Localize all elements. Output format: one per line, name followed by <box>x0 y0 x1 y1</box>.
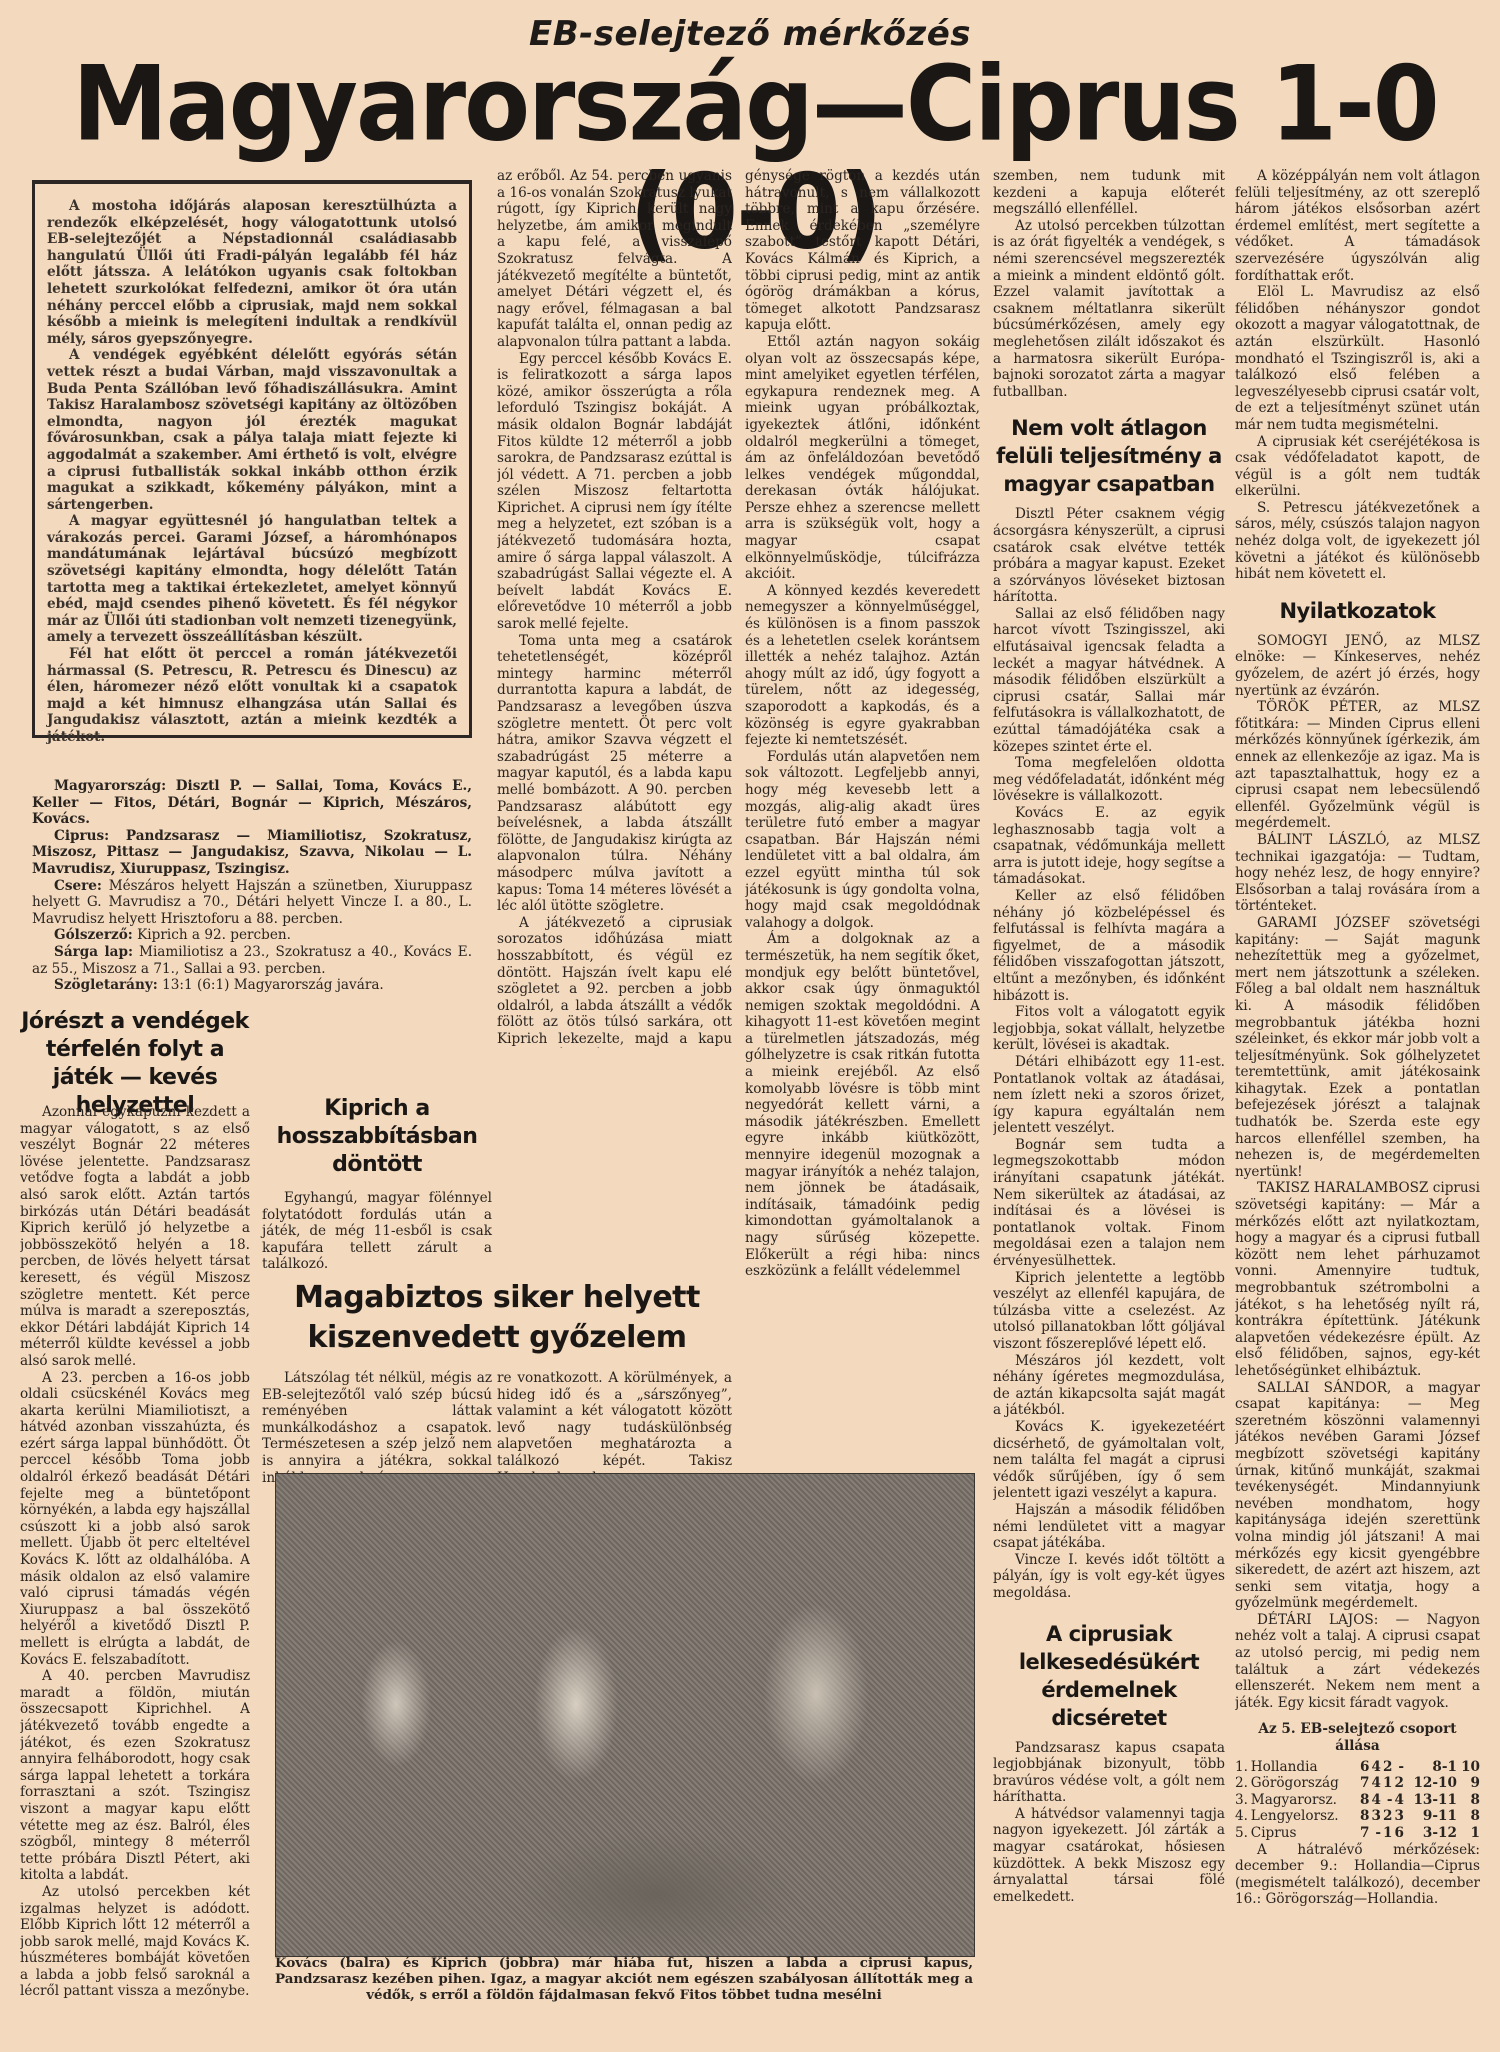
intro-box: A mostoha időjárás alaposan keresztülhúz… <box>32 180 472 738</box>
intro-paragraph: Fél hat előtt öt perccel a román játékve… <box>47 646 457 746</box>
paragraph: A játékvezető a ciprusiak sorozatos időh… <box>497 915 732 1048</box>
paragraph: A könnyed kezdés keveredett nemegyszer a… <box>745 583 980 749</box>
intro-paragraph: A mostoha időjárás alaposan keresztülhúz… <box>47 198 457 347</box>
section3-title: Magabiztos siker helyett kiszenvedett gy… <box>262 1278 732 1358</box>
rating: Toma megfelelően oldotta meg védőfeladat… <box>993 755 1225 805</box>
section-title: Kiprich a hosszabbításban döntött <box>262 1095 492 1179</box>
section3-col-b: re vonatkozott. A körülmények, a hideg i… <box>497 1370 732 1486</box>
cyprus-label: Ciprus: <box>54 828 109 844</box>
paragraph: Ám a dolgoknak az a természetük, ha nem … <box>745 931 980 1279</box>
rating: Kovács K. igyekezetéért dicsérhető, de g… <box>993 1419 1225 1502</box>
standings-title: Az 5. EB-selejtező csoport állása <box>1235 1721 1480 1754</box>
section1-body: Azonnal egykapuzni kezdett a magyar válo… <box>20 1104 250 2049</box>
hungary-label: Magyarország: <box>54 778 166 794</box>
section3-title-line1: Magabiztos siker helyett <box>262 1278 732 1318</box>
table-row: 4.Lengyelorsz.83239-118 <box>1235 1808 1480 1825</box>
corners-label: Szögletarány: <box>54 977 158 993</box>
statement: DÉTÁRI LAJOS: — Nagyon nehéz volt a tala… <box>1235 1612 1480 1712</box>
rating: A hátvédsor valamennyi tagja nagyon igye… <box>993 1806 1225 1906</box>
statement: BÁLINT LÁSZLÓ, az MLSZ technikai igazgat… <box>1235 832 1480 915</box>
rating: Fitos volt a válogatott egyik legjobbja,… <box>993 1004 1225 1054</box>
paragraph: S. Petrescu játékvezetőnek a sáros, mély… <box>1235 500 1480 583</box>
statement: TÖRÖK PÉTER, az MLSZ főtitkára: — Minden… <box>1235 699 1480 832</box>
statement: SALLAI SÁNDOR, a magyar csapat kapitánya… <box>1235 1380 1480 1612</box>
rating: Kovács E. az egyik leghasznosabb tagja v… <box>993 805 1225 888</box>
lineups: Magyarország: Disztl P. — Sallai, Toma, … <box>32 778 472 994</box>
rating: Disztl Péter csaknem végig ácsorgásra ké… <box>993 506 1225 606</box>
subs-label: Csere: <box>54 878 102 894</box>
paragraph: A ciprusiak két cseréjétékosa is csak vé… <box>1235 434 1480 500</box>
paragraph: Az utolsó percekben túlzottan is az órát… <box>993 218 1225 401</box>
statement: SOMOGYI JENŐ, az MLSZ elnöke: — Kínkeser… <box>1235 633 1480 699</box>
paragraph: Az utolsó percekben két izgalmas helyzet… <box>20 1884 250 2000</box>
table-row: 1.Hollandia642-8-110 <box>1235 1759 1480 1776</box>
paragraph: re vonatkozott. A körülmények, a hideg i… <box>497 1370 732 1486</box>
rating: Keller az első félidőben néhány jó közbe… <box>993 888 1225 1004</box>
paragraph: Fordulás után alapvetően nem sok változo… <box>745 749 980 932</box>
col6-body: A középpályán nem volt átlagon felüli te… <box>1235 168 1480 2048</box>
col3-body: az erőből. Az 54. percben ugyanis a 16-o… <box>497 168 732 1048</box>
paragraph: A 40. percben Mavrudisz maradt a földön,… <box>20 1668 250 1884</box>
paragraph: szemben, nem tudunk mit kezdeni a kapuja… <box>993 168 1225 218</box>
match-photo <box>275 1473 975 1957</box>
rating: Bognár sem tudta a legmegszokottabb módo… <box>993 1137 1225 1270</box>
col4-body: génysége rögtön a kezdés után hátravonul… <box>745 168 980 1383</box>
statements-title: Nyilatkozatok <box>1235 597 1480 625</box>
rating: Sallai az első félidőben nagy harcot vív… <box>993 606 1225 755</box>
rating: Pandzsarasz kapus csapata legjobbjának b… <box>993 1740 1225 1806</box>
yellow-label: Sárga lap: <box>54 944 133 960</box>
corners: 13:1 (6:1) Magyarország javára. <box>162 977 384 993</box>
subhead: A ciprusiak lelkesedésükért érdemelnek d… <box>993 1620 1225 1732</box>
scorer-label: Gólszerző: <box>54 927 133 943</box>
statement: GARAMI JÓZSEF szövetségi kapitány: — Saj… <box>1235 915 1480 1181</box>
paragraph: A középpályán nem volt átlagon felüli te… <box>1235 168 1480 284</box>
paragraph: Toma unta meg a csatárok tehetetlenségét… <box>497 633 732 915</box>
subhead: Nem volt átlagon felüli teljesítmény a m… <box>993 414 1225 498</box>
col5-body: szemben, nem tudunk mit kezdeni a kapuja… <box>993 168 1225 2048</box>
rating: Hajszán a második félidőben némi lendüle… <box>993 1502 1225 1552</box>
paragraph: Egy perccel később Kovács E. is feliratk… <box>497 351 732 633</box>
intro-paragraph: A magyar együttesnél jó hangulatban telt… <box>47 513 457 646</box>
rating: Détári elhibázott egy 11-est. Pontatlano… <box>993 1054 1225 1137</box>
table-row: 2.Görögország741212-109 <box>1235 1775 1480 1792</box>
standings-table: 1.Hollandia642-8-110 2.Görögország741212… <box>1235 1759 1480 1842</box>
paragraph: az erőből. Az 54. percben ugyanis a 16-o… <box>497 168 732 351</box>
statement: TAKISZ HARALAMBOSZ ciprusi szövetségi ka… <box>1235 1180 1480 1379</box>
remaining-matches: A hátralévő mérkőzések: december 9.: Hol… <box>1235 1842 1480 1908</box>
paragraph: Azonnal egykapuzni kezdett a magyar válo… <box>20 1104 250 1370</box>
table-row: 3.Magyarorsz.84-413-118 <box>1235 1792 1480 1809</box>
table-row: 5.Ciprus7-163-121 <box>1235 1825 1480 1842</box>
paragraph: Egyhangú, magyar fölénnyel folytatódott … <box>262 1190 492 1273</box>
paragraph: Látszólag tét nélkül, mégis az EB-selejt… <box>262 1370 492 1486</box>
paragraph: Ettől aztán nagyon sokáig olyan volt az … <box>745 334 980 583</box>
photo-caption: Kovács (balra) és Kiprich (jobbra) már h… <box>275 1955 973 2004</box>
scorer: Kiprich a 92. percben. <box>137 927 291 943</box>
paragraph: génysége rögtön a kezdés után hátravonul… <box>745 168 980 334</box>
rating: Kiprich jelentette a legtöbb veszélyt az… <box>993 1270 1225 1353</box>
section3-col-a: Látszólag tét nélkül, mégis az EB-selejt… <box>262 1370 492 1486</box>
paragraph: A 23. percben a 16-os jobb oldali csücsk… <box>20 1370 250 1669</box>
rating: Vincze I. kevés időt töltött a pályán, í… <box>993 1552 1225 1602</box>
rating: Mészáros jól kezdett, volt néhány ígéret… <box>993 1353 1225 1419</box>
paragraph: Elöl L. Mavrudisz az első félidőben néhá… <box>1235 284 1480 433</box>
section2-body: Egyhangú, magyar fölénnyel folytatódott … <box>262 1190 492 1273</box>
section3-title-line2: kiszenvedett győzelem <box>262 1318 732 1358</box>
intro-paragraph: A vendégek egyébként délelőtt egyórás sé… <box>47 347 457 513</box>
